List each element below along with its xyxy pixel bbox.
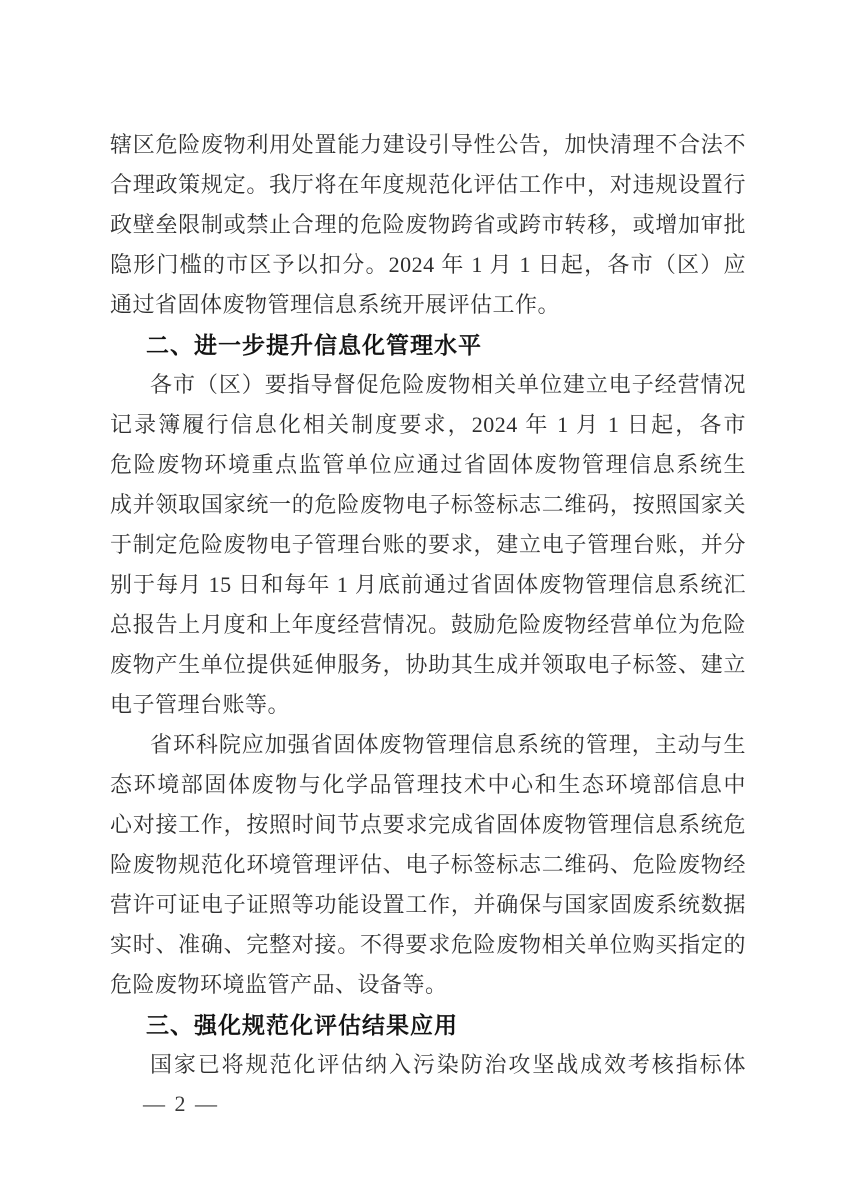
text-line: 总报告上月度和上年度经营情况。鼓励危险废物经营单位为危险 bbox=[110, 605, 746, 645]
paragraph: 国家已将规范化评估纳入污染防治攻坚战成效考核指标体 bbox=[110, 1045, 746, 1085]
text-line: 隐形门槛的市区予以扣分。2024 年 1 月 1 日起，各市（区）应 bbox=[110, 245, 746, 285]
text-line: 态环境部固体废物与化学品管理技术中心和生态环境部信息中 bbox=[110, 765, 746, 805]
text-line: 省环科院应加强省固体废物管理信息系统的管理，主动与生 bbox=[110, 725, 746, 765]
paragraph: 省环科院应加强省固体废物管理信息系统的管理，主动与生态环境部固体废物与化学品管理… bbox=[110, 725, 746, 1005]
paragraph: 各市（区）要指导督促危险废物相关单位建立电子经营情况记录簿履行信息化相关制度要求… bbox=[110, 365, 746, 725]
text-line: 记录簿履行信息化相关制度要求，2024 年 1 月 1 日起，各市（区） bbox=[110, 405, 746, 445]
document-page: 辖区危险废物利用处置能力建设引导性公告，加快清理不合法不合理政策规定。我厅将在年… bbox=[0, 0, 850, 1202]
text-line: 废物产生单位提供延伸服务，协助其生成并领取电子标签、建立 bbox=[110, 645, 746, 685]
text-line: 别于每月 15 日和每年 1 月底前通过省固体废物管理信息系统汇 bbox=[110, 565, 746, 605]
page-number: — 2 — bbox=[143, 1090, 219, 1118]
text-line: 各市（区）要指导督促危险废物相关单位建立电子经营情况 bbox=[110, 365, 746, 405]
paragraph: 辖区危险废物利用处置能力建设引导性公告，加快清理不合法不合理政策规定。我厅将在年… bbox=[110, 125, 746, 325]
text-line: 通过省固体废物管理信息系统开展评估工作。 bbox=[110, 285, 746, 325]
text-line: 合理政策规定。我厅将在年度规范化评估工作中，对违规设置行 bbox=[110, 165, 746, 205]
text-line: 电子管理台账等。 bbox=[110, 685, 746, 725]
text-line: 实时、准确、完整对接。不得要求危险废物相关单位购买指定的 bbox=[110, 925, 746, 965]
text-line: 营许可证电子证照等功能设置工作，并确保与国家固废系统数据 bbox=[110, 885, 746, 925]
text-line: 政壁垒限制或禁止合理的危险废物跨省或跨市转移，或增加审批 bbox=[110, 205, 746, 245]
text-line: 成并领取国家统一的危险废物电子标签标志二维码，按照国家关 bbox=[110, 485, 746, 525]
section-heading: 二、进一步提升信息化管理水平 bbox=[110, 325, 746, 365]
text-line: 险废物规范化环境管理评估、电子标签标志二维码、危险废物经 bbox=[110, 845, 746, 885]
text-line: 危险废物环境重点监管单位应通过省固体废物管理信息系统生 bbox=[110, 445, 746, 485]
text-line: 国家已将规范化评估纳入污染防治攻坚战成效考核指标体 bbox=[110, 1045, 746, 1085]
document-body: 辖区危险废物利用处置能力建设引导性公告，加快清理不合法不合理政策规定。我厅将在年… bbox=[110, 125, 746, 1085]
section-heading: 三、强化规范化评估结果应用 bbox=[110, 1005, 746, 1045]
text-line: 于制定危险废物电子管理台账的要求，建立电子管理台账，并分 bbox=[110, 525, 746, 565]
text-line: 心对接工作，按照时间节点要求完成省固体废物管理信息系统危 bbox=[110, 805, 746, 845]
text-line: 辖区危险废物利用处置能力建设引导性公告，加快清理不合法不 bbox=[110, 125, 746, 165]
text-line: 危险废物环境监管产品、设备等。 bbox=[110, 965, 746, 1005]
